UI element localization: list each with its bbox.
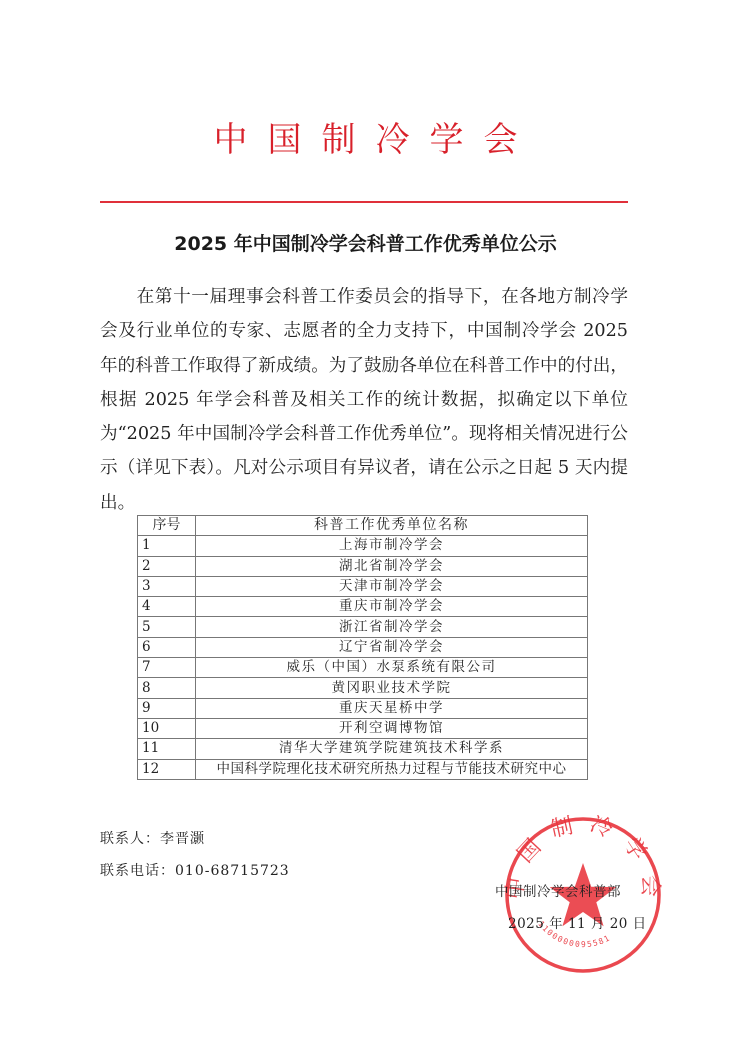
table-row: 6辽宁省制冷学会 (138, 637, 588, 657)
unit-name: 黄冈职业技术学院 (196, 678, 588, 698)
unit-name: 重庆天星桥中学 (196, 698, 588, 718)
row-number: 5 (138, 617, 196, 637)
table-row: 9重庆天星桥中学 (138, 698, 588, 718)
row-number: 12 (138, 759, 196, 779)
row-number: 7 (138, 658, 196, 678)
document-title: 2025 年中国制冷学会科普工作优秀单位公示 (0, 231, 731, 257)
contact-phone: 联系电话：010-68715723 (100, 860, 290, 880)
unit-name: 重庆市制冷学会 (196, 597, 588, 617)
unit-name: 威乐（中国）水泵系统有限公司 (196, 658, 588, 678)
table-row: 3天津市制冷学会 (138, 576, 588, 596)
organization-title: 中国制冷学会 (0, 120, 731, 160)
unit-name: 上海市制冷学会 (196, 536, 588, 556)
table-row: 8黄冈职业技术学院 (138, 678, 588, 698)
row-number: 1 (138, 536, 196, 556)
row-number: 11 (138, 739, 196, 759)
table-row: 4重庆市制冷学会 (138, 597, 588, 617)
table-row: 12中国科学院理化技术研究所热力过程与节能技术研究中心 (138, 759, 588, 779)
column-header-number: 序号 (138, 516, 196, 536)
header-divider (100, 201, 628, 203)
row-number: 4 (138, 597, 196, 617)
body-paragraph: 在第十一届理事会科普工作委员会的指导下，在各地方制冷学会及行业单位的专家、志愿者… (100, 287, 628, 513)
unit-name: 湖北省制冷学会 (196, 556, 588, 576)
row-number: 3 (138, 576, 196, 596)
row-number: 9 (138, 698, 196, 718)
units-table: 序号 科普工作优秀单位名称 1上海市制冷学会 2湖北省制冷学会 3天津市制冷学会… (137, 515, 588, 780)
table-row: 1上海市制冷学会 (138, 536, 588, 556)
table-header-row: 序号 科普工作优秀单位名称 (138, 516, 588, 536)
unit-name: 天津市制冷学会 (196, 576, 588, 596)
issuing-department: 中国制冷学会科普部 (495, 880, 621, 900)
row-number: 10 (138, 718, 196, 738)
column-header-name: 科普工作优秀单位名称 (196, 516, 588, 536)
table-row: 7威乐（中国）水泵系统有限公司 (138, 658, 588, 678)
row-number: 6 (138, 637, 196, 657)
unit-name: 浙江省制冷学会 (196, 617, 588, 637)
unit-name: 辽宁省制冷学会 (196, 637, 588, 657)
table-row: 11清华大学建筑学院建筑技术科学系 (138, 739, 588, 759)
row-number: 2 (138, 556, 196, 576)
table-row: 10开利空调博物馆 (138, 718, 588, 738)
issue-date: 2025 年 11 月 20 日 (508, 912, 647, 932)
unit-name: 清华大学建筑学院建筑技术科学系 (196, 739, 588, 759)
contact-person: 联系人：李晋灏 (100, 828, 205, 848)
document-body: 在第十一届理事会科普工作委员会的指导下，在各地方制冷学会及行业单位的专家、志愿者… (100, 280, 628, 520)
table-row: 5浙江省制冷学会 (138, 617, 588, 637)
row-number: 8 (138, 678, 196, 698)
unit-name: 中国科学院理化技术研究所热力过程与节能技术研究中心 (196, 759, 588, 779)
table-row: 2湖北省制冷学会 (138, 556, 588, 576)
unit-name: 开利空调博物馆 (196, 718, 588, 738)
